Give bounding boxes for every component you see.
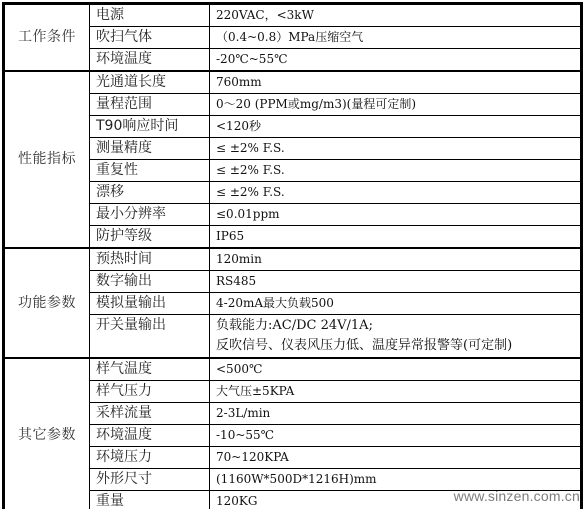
table-row: 样气压力 大气压±5KPA bbox=[4, 381, 582, 403]
table-row: 测量精度 ≤ ±2% F.S. bbox=[4, 138, 582, 160]
param-value: 负载能力:AC/DC 24V/1A; 反吹信号、仪表风压力低、温度异常报警等(可… bbox=[210, 315, 582, 359]
table-row: 吹扫气体 （0.4~0.8）MPa压缩空气 bbox=[4, 27, 582, 49]
table-row: 防护等级 IP65 bbox=[4, 226, 582, 249]
param-name: 模拟量输出 bbox=[90, 293, 210, 315]
table-row: 环境温度 -20℃~55℃ bbox=[4, 49, 582, 72]
param-name: 环境压力 bbox=[90, 447, 210, 469]
spec-table: 工作条件 电源 220VAC，<3kW 吹扫气体 （0.4~0.8）MPa压缩空… bbox=[2, 2, 583, 509]
param-value: 2-3L/min bbox=[210, 403, 582, 425]
table-row: 环境压力 70~120KPA bbox=[4, 447, 582, 469]
table-row: 环境温度 -10~55℃ bbox=[4, 425, 582, 447]
param-value-line: 负载能力:AC/DC 24V/1A; bbox=[216, 316, 574, 336]
watermark: www.sinzen.com.cn bbox=[454, 488, 580, 504]
table-row: 功能参数 预热时间 120min bbox=[4, 248, 582, 271]
param-name: 光通道长度 bbox=[90, 71, 210, 94]
param-name: 环境温度 bbox=[90, 425, 210, 447]
table-row: 重复性 ≤ ±2% F.S. bbox=[4, 160, 582, 182]
param-value: 4-20mA最大负载500 bbox=[210, 293, 582, 315]
param-name: 样气温度 bbox=[90, 358, 210, 381]
param-value: RS485 bbox=[210, 271, 582, 293]
param-value: <120秒 bbox=[210, 116, 582, 138]
param-name: T90响应时间 bbox=[90, 116, 210, 138]
param-value: ≤0.01ppm bbox=[210, 204, 582, 226]
param-value: （0.4~0.8）MPa压缩空气 bbox=[210, 27, 582, 49]
param-value: 大气压±5KPA bbox=[210, 381, 582, 403]
param-value: -10~55℃ bbox=[210, 425, 582, 447]
param-name: 外形尺寸 bbox=[90, 469, 210, 491]
param-value-line: 反吹信号、仪表风压力低、温度异常报警等(可定制) bbox=[216, 336, 574, 356]
param-value: 70~120KPA bbox=[210, 447, 582, 469]
param-name: 漂移 bbox=[90, 182, 210, 204]
param-value: 120min bbox=[210, 248, 582, 271]
param-name: 最小分辨率 bbox=[90, 204, 210, 226]
param-value: IP65 bbox=[210, 226, 582, 249]
param-name: 测量精度 bbox=[90, 138, 210, 160]
param-name: 量程范围 bbox=[90, 94, 210, 116]
param-name: 吹扫气体 bbox=[90, 27, 210, 49]
table-row: 最小分辨率 ≤0.01ppm bbox=[4, 204, 582, 226]
table-row: 性能指标 光通道长度 760mm bbox=[4, 71, 582, 94]
table-row: 开关量输出 负载能力:AC/DC 24V/1A; 反吹信号、仪表风压力低、温度异… bbox=[4, 315, 582, 359]
group-label: 工作条件 bbox=[4, 4, 90, 72]
param-name: 电源 bbox=[90, 4, 210, 27]
param-value: 220VAC，<3kW bbox=[210, 4, 582, 27]
group-label: 功能参数 bbox=[4, 248, 90, 358]
param-value: ≤ ±2% F.S. bbox=[210, 138, 582, 160]
param-name: 预热时间 bbox=[90, 248, 210, 271]
group-label: 其它参数 bbox=[4, 358, 90, 509]
table-row: T90响应时间 <120秒 bbox=[4, 116, 582, 138]
param-name: 数字输出 bbox=[90, 271, 210, 293]
param-name: 样气压力 bbox=[90, 381, 210, 403]
table-row: 工作条件 电源 220VAC，<3kW bbox=[4, 4, 582, 27]
table-row: 漂移 ≤ ±2% F.S. bbox=[4, 182, 582, 204]
param-name: 重复性 bbox=[90, 160, 210, 182]
param-value: ≤ ±2% F.S. bbox=[210, 182, 582, 204]
table-row: 模拟量输出 4-20mA最大负载500 bbox=[4, 293, 582, 315]
param-value: 0～20 (PPM或mg/m3)(量程可定制) bbox=[210, 94, 582, 116]
table-row: 数字输出 RS485 bbox=[4, 271, 582, 293]
table-row: 采样流量 2-3L/min bbox=[4, 403, 582, 425]
param-value: <500℃ bbox=[210, 358, 582, 381]
param-value: ≤ ±2% F.S. bbox=[210, 160, 582, 182]
param-value: -20℃~55℃ bbox=[210, 49, 582, 72]
param-name: 重量 bbox=[90, 491, 210, 509]
table-row: 量程范围 0～20 (PPM或mg/m3)(量程可定制) bbox=[4, 94, 582, 116]
param-value: 760mm bbox=[210, 71, 582, 94]
param-name: 环境温度 bbox=[90, 49, 210, 72]
param-name: 防护等级 bbox=[90, 226, 210, 249]
param-name: 开关量输出 bbox=[90, 315, 210, 359]
table-row: 其它参数 样气温度 <500℃ bbox=[4, 358, 582, 381]
param-name: 采样流量 bbox=[90, 403, 210, 425]
group-label: 性能指标 bbox=[4, 71, 90, 248]
